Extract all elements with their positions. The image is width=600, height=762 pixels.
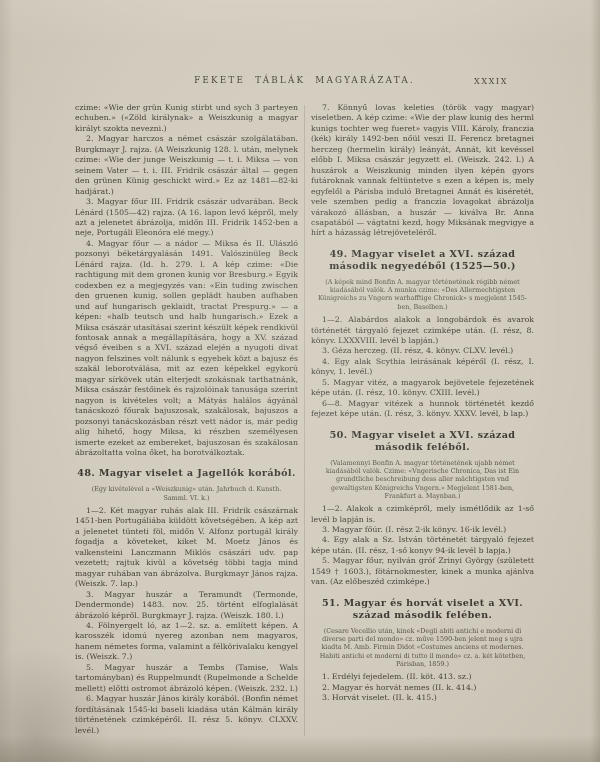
paragraph: 4. Magyar főur — a nádor — Miksa és II. … [75,239,298,459]
paragraph: 6—8. Magyar vitézek a hunnok történetét … [311,399,534,420]
paragraph: 1. Erdélyi fejedelem. (II. köt. 413. sz.… [311,672,534,682]
paragraph: 5. Magyar főur, nyilván gróf Zrinyi Györ… [311,556,534,587]
paragraph: 4. Fölnyergelt ló, az 1—2. sz. a. említe… [75,621,298,663]
paragraph: 4. Egy alak Scythia leirásának képéről (… [311,357,534,378]
page-number: XXXIX [474,77,508,86]
paragraph: 5. Magyar vitéz, a magyarok bejövetele f… [311,378,534,399]
paragraph: 2. Magyar és horvát nemes (II. k. 414.) [311,683,534,693]
paragraph: czime: «Wie der grün Kunig stirbt und sy… [75,103,298,134]
section-note: (Cesare Vecellio után, kinek «Degli abit… [315,627,530,668]
paragraph: 3. Géza herczeg. (II. rész, 4. könyv. CL… [311,346,534,356]
page-header: FEKETE TÁBLÁK MAGYARÁZATA. XXXIX [75,76,534,94]
section-heading: 50. Magyar viselet a XVI. század második… [311,430,534,454]
paragraph: 1—2. Alakok a czimképről, mely ismétlődi… [311,504,534,525]
paragraph: 2. Magyar harczos a német császár szolgá… [75,134,298,197]
page-title: FEKETE TÁBLÁK MAGYARÁZATA. [75,76,534,86]
column-left: czime: «Wie der grün Kunig stirbt und sy… [75,103,304,736]
paragraph: 3. Horvát viselet. (II. k. 415.) [311,693,534,703]
paragraph: 3. Magyar huszár a Teramundt (Termonde, … [75,590,298,621]
paragraph: 3. Magyar főúr. (I. rész 2-ik könyv. 16-… [311,525,534,535]
text-columns: czime: «Wie der grün Kunig stirbt und sy… [75,103,534,736]
paragraph: 3. Magyar főur III. Fridrik császár udva… [75,197,298,239]
section-heading: 48. Magyar viselet a Jagellók korából. [75,468,298,480]
paragraph: 1—2. Két magyar ruhás alak III. Fridrik … [75,506,298,590]
paragraph: 4. Egy alak a Sz. István történetét tárg… [311,535,534,556]
page-content: FEKETE TÁBLÁK MAGYARÁZATA. XXXIX czime: … [75,76,534,722]
paragraph: 5. Magyar huszár a Tembs (Tamise, Wals t… [75,663,298,694]
section-note: (Egy kivételével a «Weiszkunig» után. Ja… [79,485,294,502]
scanned-book-page: FEKETE TÁBLÁK MAGYARÁZATA. XXXIX czime: … [0,0,600,762]
paragraph: 6. Magyar huszár János király korából. (… [75,694,298,736]
section-note: (Valamennyi Bonfin A. magyar történeténe… [315,459,530,500]
column-right: 7. Könnyű lovas keleties (török vagy mag… [305,103,534,736]
section-note: (A képek mind Bonfin A. magyar történeté… [315,278,530,311]
paragraph: 7. Könnyű lovas keleties (török vagy mag… [311,103,534,239]
paragraph: 1—2. Alabárdos alakok a longobárdok és a… [311,315,534,346]
section-heading: 49. Magyar viselet a XVI. század második… [311,249,534,273]
section-heading: 51. Magyar és horvát viselet a XVI. száz… [311,598,534,622]
